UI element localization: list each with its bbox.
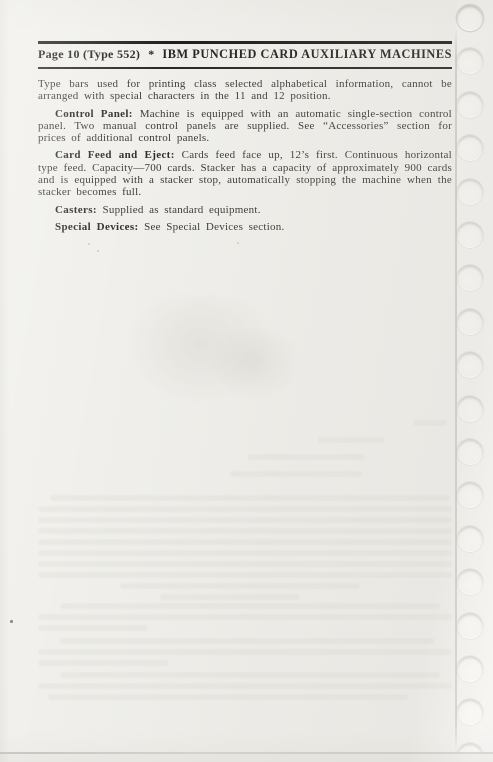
ghost-text-line: [230, 471, 362, 477]
binding-hole: [457, 265, 483, 291]
binding-hole: [457, 179, 483, 205]
ghost-text-line: [38, 660, 168, 666]
ghost-text-line: [38, 572, 452, 578]
binding-hole: [457, 5, 483, 31]
header-rule-bottom: [38, 67, 452, 69]
scan-bed-strip: [0, 754, 493, 762]
paragraph-lead: Card Feed and Eject:: [55, 149, 182, 161]
ghost-text-line: [60, 638, 435, 644]
binding-hole: [457, 613, 483, 639]
show-through-shadow-patch: [210, 330, 300, 400]
ghost-text-line: [38, 625, 148, 631]
paragraph: Type bars used for printing class select…: [38, 78, 452, 103]
scanned-manual-page: Page 10 (Type 552) * IBM PUNCHED CARD AU…: [0, 0, 493, 762]
ghost-text-line: [160, 594, 300, 600]
show-through-shadow-patch: [126, 296, 274, 404]
paragraph-lead: Casters:: [55, 204, 103, 216]
binding-hole: [457, 135, 483, 161]
ghost-text-line: [50, 495, 450, 501]
page-number-label: Page 10 (Type 552): [38, 47, 140, 62]
ghost-text-line: [413, 420, 447, 426]
binding-hole: [457, 699, 483, 725]
paragraph: Control Panel: Machine is equipped with …: [38, 108, 452, 145]
paper-speck: [88, 243, 90, 245]
binding-hole: [457, 569, 483, 595]
ghost-text-line: [38, 561, 452, 567]
paper-speck: [97, 250, 99, 252]
paper-speck: [237, 242, 239, 244]
ghost-text-line: [38, 614, 452, 620]
binding-hole: [457, 656, 483, 682]
ghost-text-line: [38, 528, 452, 534]
binding-hole: [457, 439, 483, 465]
paragraph: Casters: Supplied as standard equipment.: [38, 204, 452, 216]
binding-hole: [457, 352, 483, 378]
body-paragraphs: Type bars used for printing class select…: [38, 78, 452, 238]
binding-hole: [457, 48, 483, 74]
ghost-text-line: [38, 539, 452, 545]
ghost-text-line: [120, 583, 360, 589]
page-curl-crease: [455, 28, 457, 752]
ghost-text-line: [38, 506, 452, 512]
paragraph: Special Devices: See Special Devices sec…: [38, 221, 452, 233]
ghost-text-line: [48, 694, 408, 700]
paragraph: Card Feed and Eject: Cards feed face up,…: [38, 149, 452, 198]
ghost-text-line: [38, 683, 452, 689]
binding-hole: [457, 396, 483, 422]
page-header: Page 10 (Type 552) * IBM PUNCHED CARD AU…: [38, 47, 452, 62]
ghost-text-line: [318, 437, 384, 443]
ghost-text-line: [60, 603, 440, 609]
binding-hole: [457, 92, 483, 118]
header-rule-top: [38, 41, 452, 44]
ghost-text-line: [38, 649, 452, 655]
header-separator-asterisk: *: [144, 47, 158, 62]
binding-hole: [457, 482, 483, 508]
ghost-text-line: [248, 454, 365, 460]
paragraph-lead: Special Devices:: [55, 221, 144, 233]
ghost-text-line: [38, 517, 452, 523]
ghost-text-line: [60, 672, 440, 678]
ghost-text-line: [38, 550, 452, 556]
binding-hole: [457, 309, 483, 335]
ink-speck: [10, 620, 13, 623]
page-title: IBM PUNCHED CARD AUXILIARY MACHINES: [162, 47, 452, 62]
binding-hole: [457, 222, 483, 248]
binding-hole: [457, 526, 483, 552]
paragraph-lead: Control Panel:: [55, 108, 140, 120]
